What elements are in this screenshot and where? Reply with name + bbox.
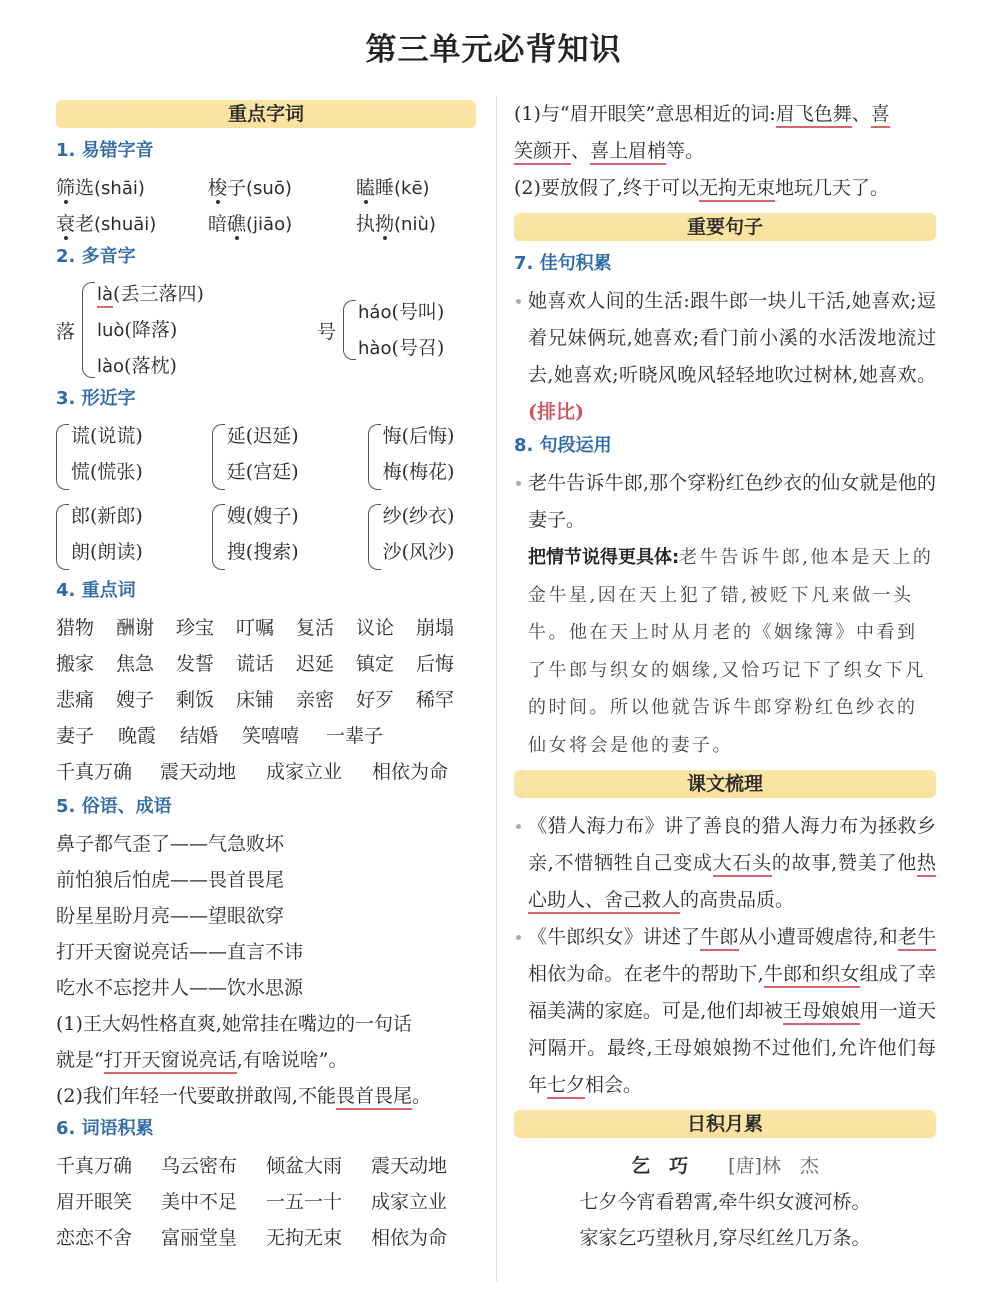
brace-icon <box>343 300 356 360</box>
summary-paragraph: 《猎人海力布》讲了善良的猎人海力布为拯救乡亲,不惜牺牲自己变成大石头的故事,赞美… <box>514 808 936 919</box>
pronunciation-row: 衰老(shuāi) 暗礁(jiāo) 执拗(niù) <box>56 206 476 242</box>
emphasis-dot-char: 礁 <box>227 206 246 242</box>
heading-good-sentences: 7. 佳句积累 <box>514 251 936 277</box>
left-column: 重点字词 1. 易错字音 筛选(shāi) 梭子(suō) 瞌睡(kē) 衰老(… <box>56 96 476 1256</box>
section-band-important-sentences: 重要句子 <box>514 213 936 241</box>
word-row: 千真万确震天动地成家立业相依为命 <box>56 754 476 790</box>
example-sentence: (2)要放假了,终于可以无拘无束地玩几天了。 <box>514 170 936 207</box>
brace-icon <box>212 424 225 490</box>
brace-icon <box>56 424 69 490</box>
brace-icon <box>56 504 69 570</box>
polyphonic-group: 落 là(丢三落四) luò(降落) lào(落枕) 号 háo(号叫) hào… <box>56 276 476 384</box>
example-sentence: (1)王大妈性格直爽,她常挂在嘴边的一句话 <box>56 1006 476 1042</box>
proverb-line: 前怕狼后怕虎——畏首畏尾 <box>56 862 476 898</box>
poem-dynasty: [唐] <box>728 1155 762 1177</box>
emphasis-dot-char: 梭 <box>208 170 227 206</box>
word-row: 眉开眼笑美中不足一五一十成家立业 <box>56 1184 476 1220</box>
emphasis-dot-char: 筛 <box>56 170 75 206</box>
brace-icon <box>82 282 95 378</box>
similar-chars-row: 郎(新郎)朗(朗读) 嫂(嫂子)搜(搜索) 纱(纱衣)沙(风沙) <box>56 498 476 576</box>
proverb-line: 鼻子都气歪了——气急败坏 <box>56 826 476 862</box>
poem: 乞 巧[唐]林 杰 七夕今宵看碧霄,牵牛织女渡河桥。 家家乞巧望秋月,穿尽红丝几… <box>514 1148 936 1256</box>
page-title: 第三单元必背知识 <box>0 24 987 69</box>
rhetoric-tag: (排比) <box>528 401 584 423</box>
heading-vocabulary: 6. 词语积累 <box>56 1116 476 1142</box>
expanded-paragraph: 把情节说得更具体:老牛告诉牛郎,他本是天上的金牛星,因在天上犯了错,被贬下凡来做… <box>514 539 936 764</box>
heading-similar-chars: 3. 形近字 <box>56 386 476 412</box>
poem-author: 林 杰 <box>762 1155 819 1177</box>
emphasis-dot-char: 衰 <box>56 206 75 242</box>
poem-title: 乞 巧 <box>631 1155 688 1177</box>
quote-paragraph: 她喜欢人间的生活:跟牛郎一块儿干活,她喜欢;逗着兄妹俩玩,她喜欢;看门前小溪的水… <box>514 283 936 431</box>
section-band-text-summary: 课文梳理 <box>514 770 936 798</box>
example-sentence: (1)与“眉开眼笑”意思相近的词:眉飞色舞、喜笑颜开、喜上眉梢等。 <box>514 96 936 170</box>
word-row: 千真万确乌云密布倾盆大雨震天动地 <box>56 1148 476 1184</box>
heading-proverbs-idioms: 5. 俗语、成语 <box>56 794 476 820</box>
polyphonic-char: 落 <box>56 317 82 344</box>
emphasis-dot-char: 拗 <box>375 206 394 242</box>
proverb-line: 打开天窗说亮话——直言不讳 <box>56 934 476 970</box>
brace-icon <box>212 504 225 570</box>
heading-polyphonic-chars: 2. 多音字 <box>56 244 476 270</box>
section-band-key-words: 重点字词 <box>56 100 476 128</box>
word-row: 妻子晚霞结婚笑嘻嘻一辈子 <box>56 718 476 754</box>
polyphonic-char: 号 <box>317 317 343 344</box>
proverb-line: 盼星星盼月亮——望眼欲穿 <box>56 898 476 934</box>
section-band-daily-accumulation: 日积月累 <box>514 1110 936 1138</box>
brace-icon <box>368 424 381 490</box>
example-sentence: (2)我们年轻一代要敢拼敢闯,不能畏首畏尾。 <box>56 1078 476 1114</box>
emphasis-dot-char: 瞌 <box>356 170 375 206</box>
word-row: 悲痛嫂子剩饭床铺亲密好歹稀罕 <box>56 682 476 718</box>
proverb-line: 吃水不忘挖井人——饮水思源 <box>56 970 476 1006</box>
heading-error-prone-pronunciation: 1. 易错字音 <box>56 138 476 164</box>
word-row: 恋恋不舍富丽堂皇无拘无束相依为命 <box>56 1220 476 1256</box>
brace-icon <box>368 504 381 570</box>
poem-line: 家家乞巧望秋月,穿尽红丝几万条。 <box>514 1220 936 1256</box>
heading-paragraph-usage: 8. 句段运用 <box>514 433 936 459</box>
example-sentence-cont: 就是“打开天窗说亮话,有啥说啥”。 <box>56 1042 476 1078</box>
column-divider <box>496 96 497 1281</box>
word-row: 猎物酬谢珍宝叮嘱复活议论崩塌 <box>56 610 476 646</box>
right-column: (1)与“眉开眼笑”意思相近的词:眉飞色舞、喜笑颜开、喜上眉梢等。 (2)要放假… <box>514 96 936 1256</box>
poem-line: 七夕今宵看碧霄,牵牛织女渡河桥。 <box>514 1184 936 1220</box>
base-sentence: 老牛告诉牛郎,那个穿粉红色纱衣的仙女就是他的妻子。 <box>514 465 936 539</box>
pronunciation-row: 筛选(shāi) 梭子(suō) 瞌睡(kē) <box>56 170 476 206</box>
similar-chars-row: 谎(说谎)慌(慌张) 延(迟延)廷(宫廷) 悔(后悔)梅(梅花) <box>56 418 476 496</box>
heading-key-words: 4. 重点词 <box>56 578 476 604</box>
summary-paragraph: 《牛郎织女》讲述了牛郎从小遭哥嫂虐待,和老牛相依为命。在老牛的帮助下,牛郎和织女… <box>514 919 936 1104</box>
word-row: 搬家焦急发誓谎话迟延镇定后悔 <box>56 646 476 682</box>
